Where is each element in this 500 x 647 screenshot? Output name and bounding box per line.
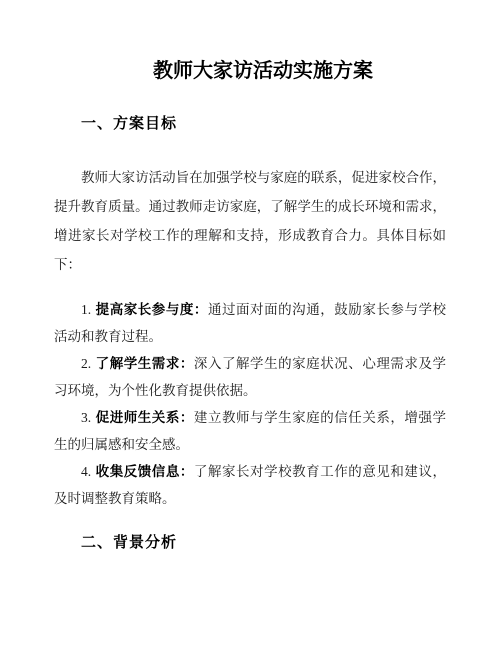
list-item: 4.收集反馈信息：了解家长对学校教育工作的意见和建议，及时调整教育策略。	[54, 458, 446, 512]
list-item: 3.促进师生关系：建立教师与学生家庭的信任关系，增强学生的归属感和安全感。	[54, 404, 446, 458]
document-title: 教师大家访活动实施方案	[54, 61, 446, 81]
item-label: 了解学生需求：	[95, 356, 194, 371]
section-heading-background: 二、背景分析	[54, 534, 446, 552]
item-number: 1.	[81, 302, 91, 317]
item-label: 促进师生关系：	[95, 410, 194, 425]
section-intro-paragraph: 教师大家访活动旨在加强学校与家庭的联系，促进家校合作，提升教育质量。通过教师走访…	[54, 163, 446, 279]
item-label: 收集反馈信息：	[95, 464, 194, 479]
section-heading-goals: 一、方案目标	[54, 115, 446, 133]
goal-list: 1.提高家长参与度：通过面对面的沟通，鼓励家长参与学校活动和教育过程。 2.了解…	[54, 296, 446, 512]
list-item: 2.了解学生需求：深入了解学生的家庭状况、心理需求及学习环境，为个性化教育提供依…	[54, 350, 446, 404]
item-label: 提高家长参与度：	[95, 302, 208, 317]
item-number: 4.	[81, 464, 91, 479]
document-page: 教师大家访活动实施方案 一、方案目标 教师大家访活动旨在加强学校与家庭的联系，促…	[0, 61, 500, 552]
item-number: 3.	[81, 410, 91, 425]
list-item: 1.提高家长参与度：通过面对面的沟通，鼓励家长参与学校活动和教育过程。	[54, 296, 446, 350]
item-number: 2.	[81, 356, 91, 371]
